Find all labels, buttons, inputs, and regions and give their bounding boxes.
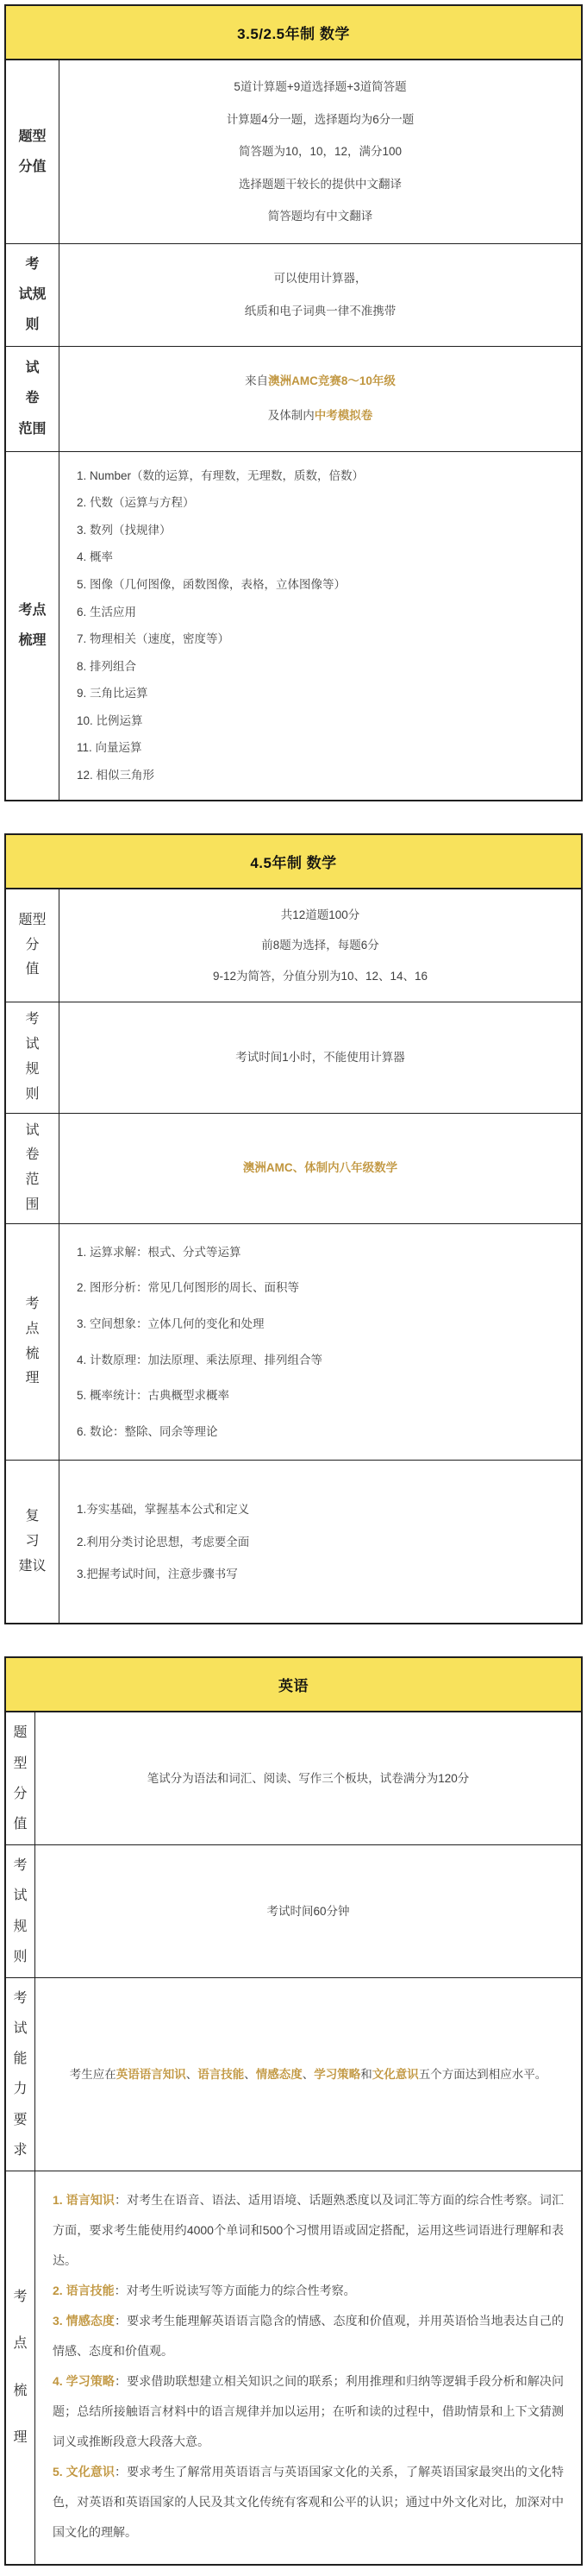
row-label-exam-rules: 考 试 规 则 [6,1845,35,1977]
paragraph: 11. 向量运算 [77,738,564,757]
table-english: 英语 题 型 分 值 笔试分为语法和词汇、阅读、写作三个板块，试卷满分为120分… [4,1656,583,2566]
table-title: 4.5年制 数学 [6,835,581,889]
paragraph: 3. 情感态度：要求考生能理解英语语言隐含的情感、态度和价值观，并用英语恰当地表… [53,2306,564,2366]
paragraph: 2. 语言技能：对考生听说读写等方面能力的综合性考察。 [53,2276,564,2306]
paragraph: 简答题均有中文翻译 [77,207,564,226]
paragraph: 笔试分为语法和词汇、阅读、写作三个板块，试卷满分为120分 [53,1769,564,1788]
row-label-key-points: 考点 梳理 [6,452,59,800]
row-label-key-points: 考 点 梳 理 [6,2171,35,2564]
paragraph: 6. 数论：整除、同余等理论 [77,1423,564,1442]
paragraph: 纸质和电子词典一律不准携带 [77,302,564,321]
paragraph: 5. 概率统计：古典概型求概率 [77,1386,564,1405]
table-math-3-5-2-5: 3.5/2.5年制 数学 题型 分值 5道计算题+9道选择题+3道简答题计算题4… [4,4,583,801]
row-question-types-score: 题型 分 值 共12道题100分前8题为选择，每题6分9-12为简答，分值分别为… [6,889,581,1003]
paragraph: 10. 比例运算 [77,712,564,731]
highlighted-text: 4. 学习策略 [53,2374,115,2388]
row-content-ability-requirements: 考生应在英语语言知识、语言技能、情感态度、学习策略和文化意识五个方面达到相应水平… [35,1978,581,2171]
row-content-exam-rules: 可以使用计算器，纸质和电子词典一律不准携带 [59,244,581,346]
row-content-question-types-score: 笔试分为语法和词汇、阅读、写作三个板块，试卷满分为120分 [35,1712,581,1844]
paragraph: 5. 文化意识：要求考生了解常用英语语言与英语国家文化的关系，了解英语国家最突出… [53,2457,564,2548]
row-content-key-points: 1. Number（数的运算，有理数，无理数，质数，倍数）2. 代数（运算与方程… [59,452,581,800]
paragraph: 考试时间1小时，不能使用计算器 [77,1048,564,1067]
row-content-exam-rules: 考试时间1小时，不能使用计算器 [59,1002,581,1112]
row-paper-scope: 试 卷 范 围 澳洲AMC、体制内八年级数学 [6,1114,581,1224]
paragraph: 4. 计数原理：加法原理、乘法原理、排列组合等 [77,1351,564,1370]
paragraph: 来自澳洲AMC竞赛8～10年级 [77,372,564,391]
paragraph: 可以使用计算器， [77,269,564,288]
row-content-paper-scope: 澳洲AMC、体制内八年级数学 [59,1114,581,1223]
row-label-ability-requirements: 考 试 能 力 要 求 [6,1978,35,2171]
row-review-advice: 复 习 建议 1.夯实基础，掌握基本公式和定义2.利用分类讨论思想，考虑要全面3… [6,1461,581,1623]
paragraph: 4. 学习策略：要求借助联想建立相关知识之间的联系；利用推理和归纳等逻辑手段分析… [53,2366,564,2457]
paragraph: 8. 排列组合 [77,657,564,676]
highlighted-text: 1. 语言知识 [53,2193,115,2207]
paragraph: 前8题为选择，每题6分 [77,936,564,955]
paragraph: 5. 图像（几何图像，函数图像，表格，立体图像等） [77,575,564,594]
paragraph: 9. 三角比运算 [77,684,564,703]
paragraph: 1. 运算求解：根式、分式等运算 [77,1243,564,1262]
row-label-paper-scope: 试 卷 范 围 [6,1114,59,1223]
row-key-points: 考 点 梳 理 1. 语言知识：对考生在语音、语法、适用语境、话题熟悉度以及词汇… [6,2171,581,2564]
row-label-question-types-score: 题型 分值 [6,60,59,243]
paragraph: 选择题题干较长的提供中文翻译 [77,175,564,194]
highlighted-text: 情感态度 [256,2068,303,2081]
paragraph: 1.夯实基础，掌握基本公式和定义 [77,1500,564,1519]
row-paper-scope: 试 卷 范围 来自澳洲AMC竞赛8～10年级及体制内中考模拟卷 [6,347,581,452]
paragraph: 简答题为10，10，12，满分100 [77,142,564,161]
paragraph: 7. 物理相关（速度，密度等） [77,630,564,649]
paragraph: 共12道题100分 [77,906,564,925]
paragraph: 9-12为简答，分值分别为10、12、14、16 [77,967,564,986]
paragraph: 5道计算题+9道选择题+3道简答题 [77,78,564,97]
paragraph: 2.利用分类讨论思想，考虑要全面 [77,1533,564,1552]
row-content-key-points: 1. 运算求解：根式、分式等运算2. 图形分析：常见几何图形的周长、面积等3. … [59,1224,581,1461]
table-title: 3.5/2.5年制 数学 [6,6,581,60]
paragraph: 2. 代数（运算与方程） [77,493,564,512]
row-content-key-points: 1. 语言知识：对考生在语音、语法、适用语境、话题熟悉度以及词汇等方面的综合性考… [35,2171,581,2564]
row-ability-requirements: 考 试 能 力 要 求 考生应在英语语言知识、语言技能、情感态度、学习策略和文化… [6,1978,581,2171]
paragraph: 1. Number（数的运算，有理数，无理数，质数，倍数） [77,467,564,486]
paragraph: 计算题4分一题，选择题均为6分一题 [77,110,564,129]
row-key-points: 考点 梳理 1. Number（数的运算，有理数，无理数，质数，倍数）2. 代数… [6,452,581,800]
paragraph: 1. 语言知识：对考生在语音、语法、适用语境、话题熟悉度以及词汇等方面的综合性考… [53,2185,564,2276]
row-content-question-types-score: 5道计算题+9道选择题+3道简答题计算题4分一题，选择题均为6分一题简答题为10… [59,60,581,243]
row-exam-rules: 考 试 规 则 考试时间60分钟 [6,1845,581,1978]
highlighted-text: 5. 文化意识 [53,2465,115,2479]
paragraph: 3. 空间想象：立体几何的变化和处理 [77,1315,564,1334]
paragraph: 4. 概率 [77,548,564,567]
row-key-points: 考 点 梳 理 1. 运算求解：根式、分式等运算2. 图形分析：常见几何图形的周… [6,1224,581,1461]
row-content-review-advice: 1.夯实基础，掌握基本公式和定义2.利用分类讨论思想，考虑要全面3.把握考试时间… [59,1461,581,1623]
paragraph: 考生应在英语语言知识、语言技能、情感态度、学习策略和文化意识五个方面达到相应水平… [53,2061,564,2088]
row-exam-rules: 考 试 规 则 考试时间1小时，不能使用计算器 [6,1002,581,1113]
highlighted-text: 澳洲AMC、体制内八年级数学 [243,1161,397,1174]
page: 3.5/2.5年制 数学 题型 分值 5道计算题+9道选择题+3道简答题计算题4… [0,0,587,2576]
paragraph: 澳洲AMC、体制内八年级数学 [77,1159,564,1178]
highlighted-text: 学习策略 [314,2068,360,2081]
highlighted-text: 中考模拟卷 [315,409,373,422]
highlighted-text: 英语语言知识 [116,2068,186,2081]
row-label-paper-scope: 试 卷 范围 [6,347,59,451]
row-label-key-points: 考 点 梳 理 [6,1224,59,1461]
row-label-review-advice: 复 习 建议 [6,1461,59,1623]
highlighted-text: 3. 情感态度 [53,2314,115,2328]
row-label-question-types-score: 题型 分 值 [6,889,59,1002]
paragraph: 3.把握考试时间，注意步骤书写 [77,1565,564,1584]
table-math-4-5: 4.5年制 数学 题型 分 值 共12道题100分前8题为选择，每题6分9-12… [4,833,583,1625]
row-content-paper-scope: 来自澳洲AMC竞赛8～10年级及体制内中考模拟卷 [59,347,581,451]
highlighted-text: 文化意识 [372,2068,419,2081]
paragraph: 及体制内中考模拟卷 [77,406,564,425]
paragraph: 考试时间60分钟 [53,1902,564,1921]
paragraph: 6. 生活应用 [77,603,564,622]
row-exam-rules: 考 试规 则 可以使用计算器，纸质和电子词典一律不准携带 [6,244,581,347]
row-question-types-score: 题型 分值 5道计算题+9道选择题+3道简答题计算题4分一题，选择题均为6分一题… [6,60,581,244]
highlighted-text: 2. 语言技能 [53,2284,115,2297]
paragraph: 2. 图形分析：常见几何图形的周长、面积等 [77,1279,564,1297]
row-content-exam-rules: 考试时间60分钟 [35,1845,581,1977]
paragraph: 3. 数列（找规律） [77,521,564,540]
paragraph: 12. 相似三角形 [77,766,564,785]
highlighted-text: 语言技能 [197,2068,244,2081]
row-label-question-types-score: 题 型 分 值 [6,1712,35,1844]
row-label-exam-rules: 考 试规 则 [6,244,59,346]
row-question-types-score: 题 型 分 值 笔试分为语法和词汇、阅读、写作三个板块，试卷满分为120分 [6,1712,581,1845]
highlighted-text: 澳洲AMC竞赛8～10年级 [268,374,396,387]
row-label-exam-rules: 考 试 规 则 [6,1002,59,1112]
row-content-question-types-score: 共12道题100分前8题为选择，每题6分9-12为简答，分值分别为10、12、1… [59,889,581,1002]
table-title: 英语 [6,1658,581,1712]
